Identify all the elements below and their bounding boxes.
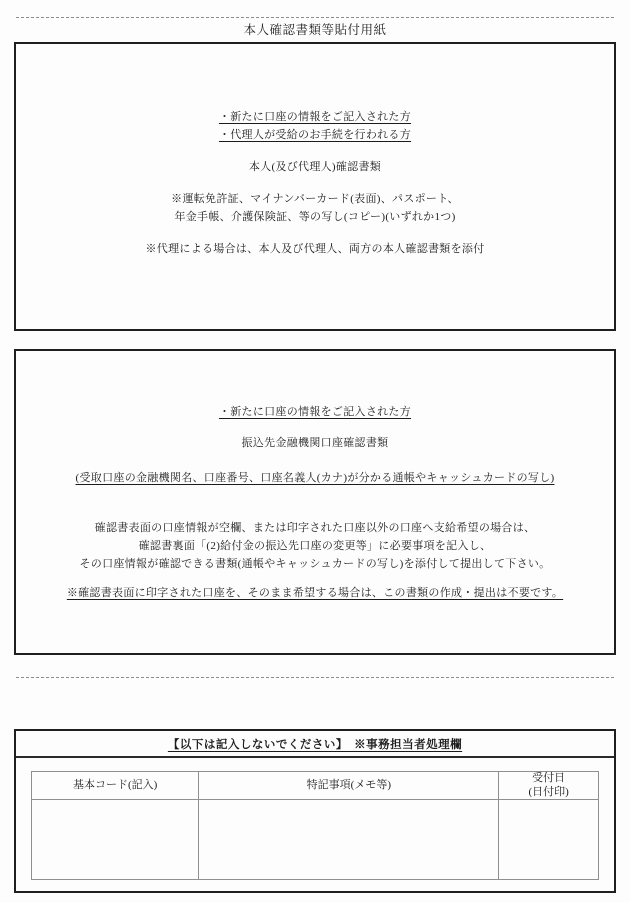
office-use-header: 【以下は記入しないでください】 ※事務担当者処理欄 <box>16 731 614 758</box>
section2-para-line3: その口座情報が確認できる書類(通帳やキャッシュカードの写し)を添付して提出して下… <box>16 555 614 573</box>
office-use-table-wrap: 基本コード(記入) 特記事項(メモ等) 受付日 (日付印) <box>31 771 599 880</box>
reception-date-header: 受付日 (日付印) <box>499 772 599 800</box>
reception-date-cell <box>499 800 599 880</box>
section1-heading: 本人(及び代理人)確認書類 <box>16 158 614 176</box>
page-title: 本人確認書類等貼付用紙 <box>0 22 630 38</box>
section1-proxy-note: ※代理による場合は、本人及び代理人、両方の本人確認書類を添付 <box>16 240 614 258</box>
basic-code-header: 基本コード(記入) <box>32 772 199 800</box>
document-page: 本人確認書類等貼付用紙 ・新たに口座の情報をご記入された方 ・代理人が受給のお手… <box>0 0 630 903</box>
remarks-header: 特記事項(メモ等) <box>199 772 499 800</box>
section2-para-line2: 確認書裏面「(2)給付金の振込先口座の変更等」に必要事項を記入し、 <box>16 537 614 555</box>
section2-para-line1: 確認書表面の口座情報が空欄、または印字された口座以外の口座へ支給希望の場合は、 <box>16 519 614 537</box>
remarks-cell <box>199 800 499 880</box>
section1-documents-line1: ※運転免許証、マイナンバーカード(表面)、パスポート、 <box>16 190 614 208</box>
office-use-header-text: 【以下は記入しないでください】 ※事務担当者処理欄 <box>168 736 462 752</box>
office-use-table: 基本コード(記入) 特記事項(メモ等) 受付日 (日付印) <box>31 771 599 880</box>
reception-date-header-line1: 受付日 <box>499 772 598 786</box>
section1-bullet-1: ・新たに口座の情報をご記入された方 <box>16 108 614 126</box>
section2-heading: 振込先金融機関口座確認書類 <box>16 434 614 452</box>
reception-date-header-line2: (日付印) <box>499 786 598 800</box>
section1-documents-line2: 年金手帳、介護保険証、等の写し(コピー)(いずれか1つ) <box>16 208 614 226</box>
table-header-row: 基本コード(記入) 特記事項(メモ等) 受付日 (日付印) <box>32 772 599 800</box>
identity-documents-box: ・新たに口座の情報をご記入された方 ・代理人が受給のお手続を行われる方 本人(及… <box>14 42 616 331</box>
bank-account-documents-box: ・新たに口座の情報をご記入された方 振込先金融機関口座確認書類 (受取口座の金融… <box>14 349 616 655</box>
section2-subheading: (受取口座の金融機関名、口座番号、口座名義人(カナ)が分かる通帳やキャッシュカー… <box>16 469 614 487</box>
cut-line-top <box>16 17 614 18</box>
section2-bullet: ・新たに口座の情報をご記入された方 <box>16 403 614 421</box>
section1-bullet-2: ・代理人が受給のお手続を行われる方 <box>16 126 614 144</box>
office-use-box: 【以下は記入しないでください】 ※事務担当者処理欄 基本コード(記入) 特記事項… <box>14 729 616 893</box>
cut-line-middle <box>16 677 614 678</box>
section2-note: ※確認書表面に印字された口座を、そのまま希望する場合は、この書類の作成・提出は不… <box>16 584 614 602</box>
basic-code-cell <box>32 800 199 880</box>
table-entry-row <box>32 800 599 880</box>
